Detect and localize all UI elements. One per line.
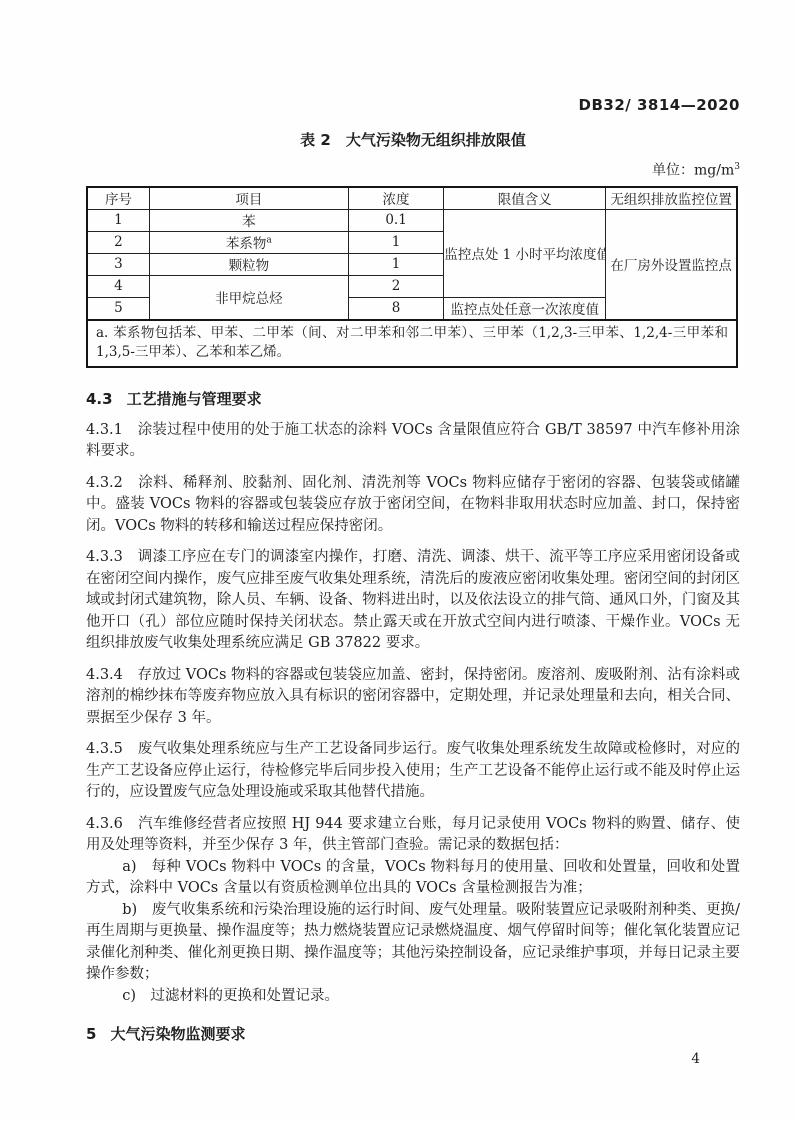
- paragraph-4-3-3: 4.3.3 调漆工序应在专门的调漆室内操作，打磨、清洗、调漆、烘干、流平等工序应…: [86, 547, 740, 655]
- cell-no-3: 3: [87, 253, 149, 275]
- section-heading-5: 5大气污染物监测要求: [86, 1024, 740, 1045]
- cell-item-particulate: 颗粒物: [149, 253, 348, 275]
- cell-monitor-position: 在厂房外设置监控点: [606, 209, 737, 320]
- section-5-title: 大气污染物监测要求: [110, 1025, 245, 1043]
- unit-superscript: 3: [734, 162, 740, 172]
- emission-limits-table: 序号 项目 浓度 限值含义 无组织排放监控位置 1 苯 0.1 监控点处 1 小…: [86, 186, 738, 368]
- cell-no-2: 2: [87, 231, 149, 253]
- cell-no-5: 5: [87, 297, 149, 320]
- doc-code: DB32/ 3814—2020: [86, 96, 740, 114]
- unit-label: 单位：mg/m3: [86, 159, 740, 180]
- cell-meaning-once: 监控点处任意一次浓度值: [444, 297, 606, 320]
- col-header-item: 项目: [149, 187, 348, 210]
- table-header-row: 序号 项目 浓度 限值含义 无组织排放监控位置: [87, 187, 737, 210]
- cell-value-nmhc-once: 8: [348, 297, 444, 320]
- table-row: 1 苯 0.1 监控点处 1 小时平均浓度值 在厂房外设置监控点: [87, 209, 737, 231]
- list-item-b: b) 废气收集系统和污染治理设施的运行时间、废气处理量。吸附装置应记录吸附剂种类…: [86, 900, 740, 986]
- cell-meaning-hourly: 监控点处 1 小时平均浓度值: [444, 209, 606, 297]
- cell-item-benzene-series: 苯系物a: [149, 231, 348, 253]
- cell-value-benzene-series: 1: [348, 231, 444, 253]
- col-header-meaning: 限值含义: [444, 187, 606, 210]
- table-footnote-row: a. 苯系物包括苯、甲苯、二甲苯（间、对二甲苯和邻二甲苯）、三甲苯（1,2,3-…: [87, 320, 737, 367]
- cell-item-nmhc: 非甲烷总烃: [149, 275, 348, 320]
- table-caption: 表 2 大气污染物无组织排放限值: [86, 131, 740, 149]
- paragraph-4-3-1: 4.3.1 涂装过程中使用的处于施工状态的涂料 VOCs 含量限值应符合 GB/…: [86, 420, 740, 463]
- cell-value-nmhc-avg: 2: [348, 275, 444, 297]
- list-item-c: c) 过滤材料的更换和处置记录。: [86, 986, 740, 1008]
- list-item-a: a) 每种 VOCs 物料中 VOCs 的含量，VOCs 物料每月的使用量、回收…: [86, 857, 740, 900]
- unit-text: 单位：mg/m: [652, 163, 734, 179]
- benzene-series-text: 苯系物: [226, 236, 267, 252]
- cell-no-4: 4: [87, 275, 149, 297]
- paragraph-4-3-4: 4.3.4 存放过 VOCs 物料的容器或包装袋应加盖、密封，保持密闭。废溶剂、…: [86, 665, 740, 730]
- col-header-no: 序号: [87, 187, 149, 210]
- footnote-marker-a: a: [266, 236, 271, 246]
- section-4-3-label: 4.3: [86, 390, 113, 408]
- section-4-3-title: 工艺措施与管理要求: [127, 390, 262, 408]
- section-heading-4-3: 4.3工艺措施与管理要求: [86, 389, 740, 410]
- paragraph-4-3-6: 4.3.6 汽车维修经营者应按照 HJ 944 要求建立台账，每月记录使用 VO…: [86, 814, 740, 857]
- cell-no-1: 1: [87, 209, 149, 231]
- col-header-position: 无组织排放监控位置: [606, 187, 737, 210]
- paragraph-4-3-2: 4.3.2 涂料、稀释剂、胶黏剂、固化剂、清洗剂等 VOCs 物料应储存于密闭的…: [86, 473, 740, 538]
- cell-item-benzene: 苯: [149, 209, 348, 231]
- cell-value-benzene: 0.1: [348, 209, 444, 231]
- cell-value-particulate: 1: [348, 253, 444, 275]
- paragraph-4-3-5: 4.3.5 废气收集处理系统应与生产工艺设备同步运行。废气收集处理系统发生故障或…: [86, 739, 740, 804]
- col-header-concentration: 浓度: [348, 187, 444, 210]
- document-page: DB32/ 3814—2020 表 2 大气污染物无组织排放限值 单位：mg/m…: [0, 0, 796, 1122]
- table-footnote: a. 苯系物包括苯、甲苯、二甲苯（间、对二甲苯和邻二甲苯）、三甲苯（1,2,3-…: [87, 320, 737, 367]
- page-number: 4: [86, 1051, 740, 1067]
- section-5-label: 5: [86, 1025, 96, 1043]
